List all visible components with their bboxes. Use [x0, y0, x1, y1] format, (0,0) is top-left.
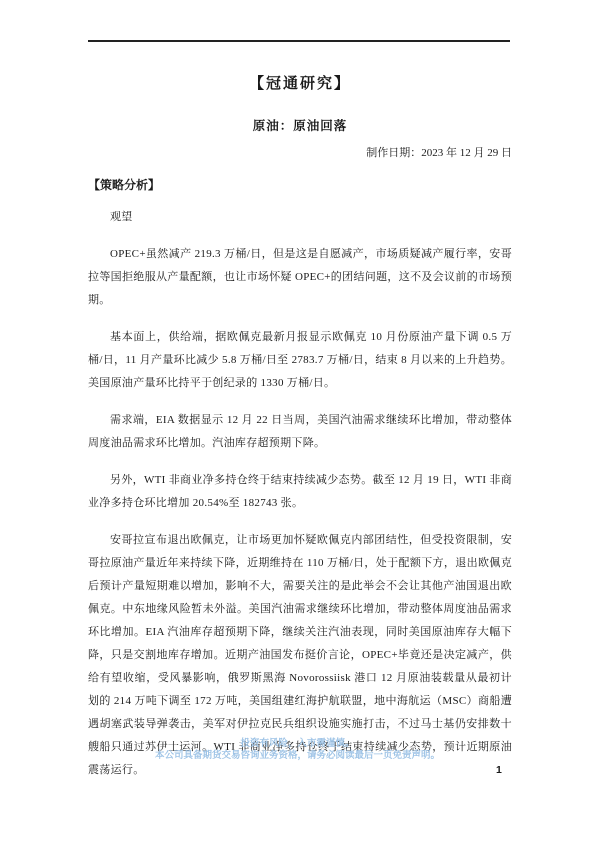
paragraph-opec-cuts: OPEC+虽然减产 219.3 万桶/日，但是这是自愿减产，市场质疑减产履行率，…: [88, 243, 512, 312]
paragraph-supply-side: 基本面上，供给端，据欧佩克最新月报显示欧佩克 10 月份原油产量下调 0.5 万…: [88, 326, 512, 395]
footer-disclaimer-notice: 本公司具备期货交易咨询业务资格，请务必阅读最后一页免责声明。: [0, 750, 595, 762]
report-date: 制作日期：2023 年 12 月 29 日: [88, 146, 512, 160]
page-number: 1: [496, 764, 502, 776]
report-brand-title: 【冠通研究】: [88, 0, 512, 94]
section-heading-strategy-analysis: 【策略分析】: [88, 178, 512, 193]
paragraph-demand-side: 需求端，EIA 数据显示 12 月 22 日当周，美国汽油需求继续环比增加，带动…: [88, 409, 512, 455]
report-content: 【冠通研究】 原油：原油回落 制作日期：2023 年 12 月 29 日 【策略…: [0, 0, 595, 782]
report-subtitle: 原油：原油回落: [88, 118, 512, 134]
footer-risk-warning: 投资有风险，入市需谨慎。: [0, 738, 595, 750]
strategy-analysis-body: 观望 OPEC+虽然减产 219.3 万桶/日，但是这是自愿减产，市场质疑减产履…: [88, 206, 512, 782]
page-footer: 投资有风险，入市需谨慎。 本公司具备期货交易咨询业务资格，请务必阅读最后一页免责…: [0, 738, 595, 762]
paragraph-recommendation: 观望: [88, 206, 512, 229]
paragraph-wti-positions: 另外，WTI 非商业净多持仓终于结束持续减少态势。截至 12 月 19 日，WT…: [88, 469, 512, 515]
report-page: 【冠通研究】 原油：原油回落 制作日期：2023 年 12 月 29 日 【策略…: [0, 0, 595, 842]
